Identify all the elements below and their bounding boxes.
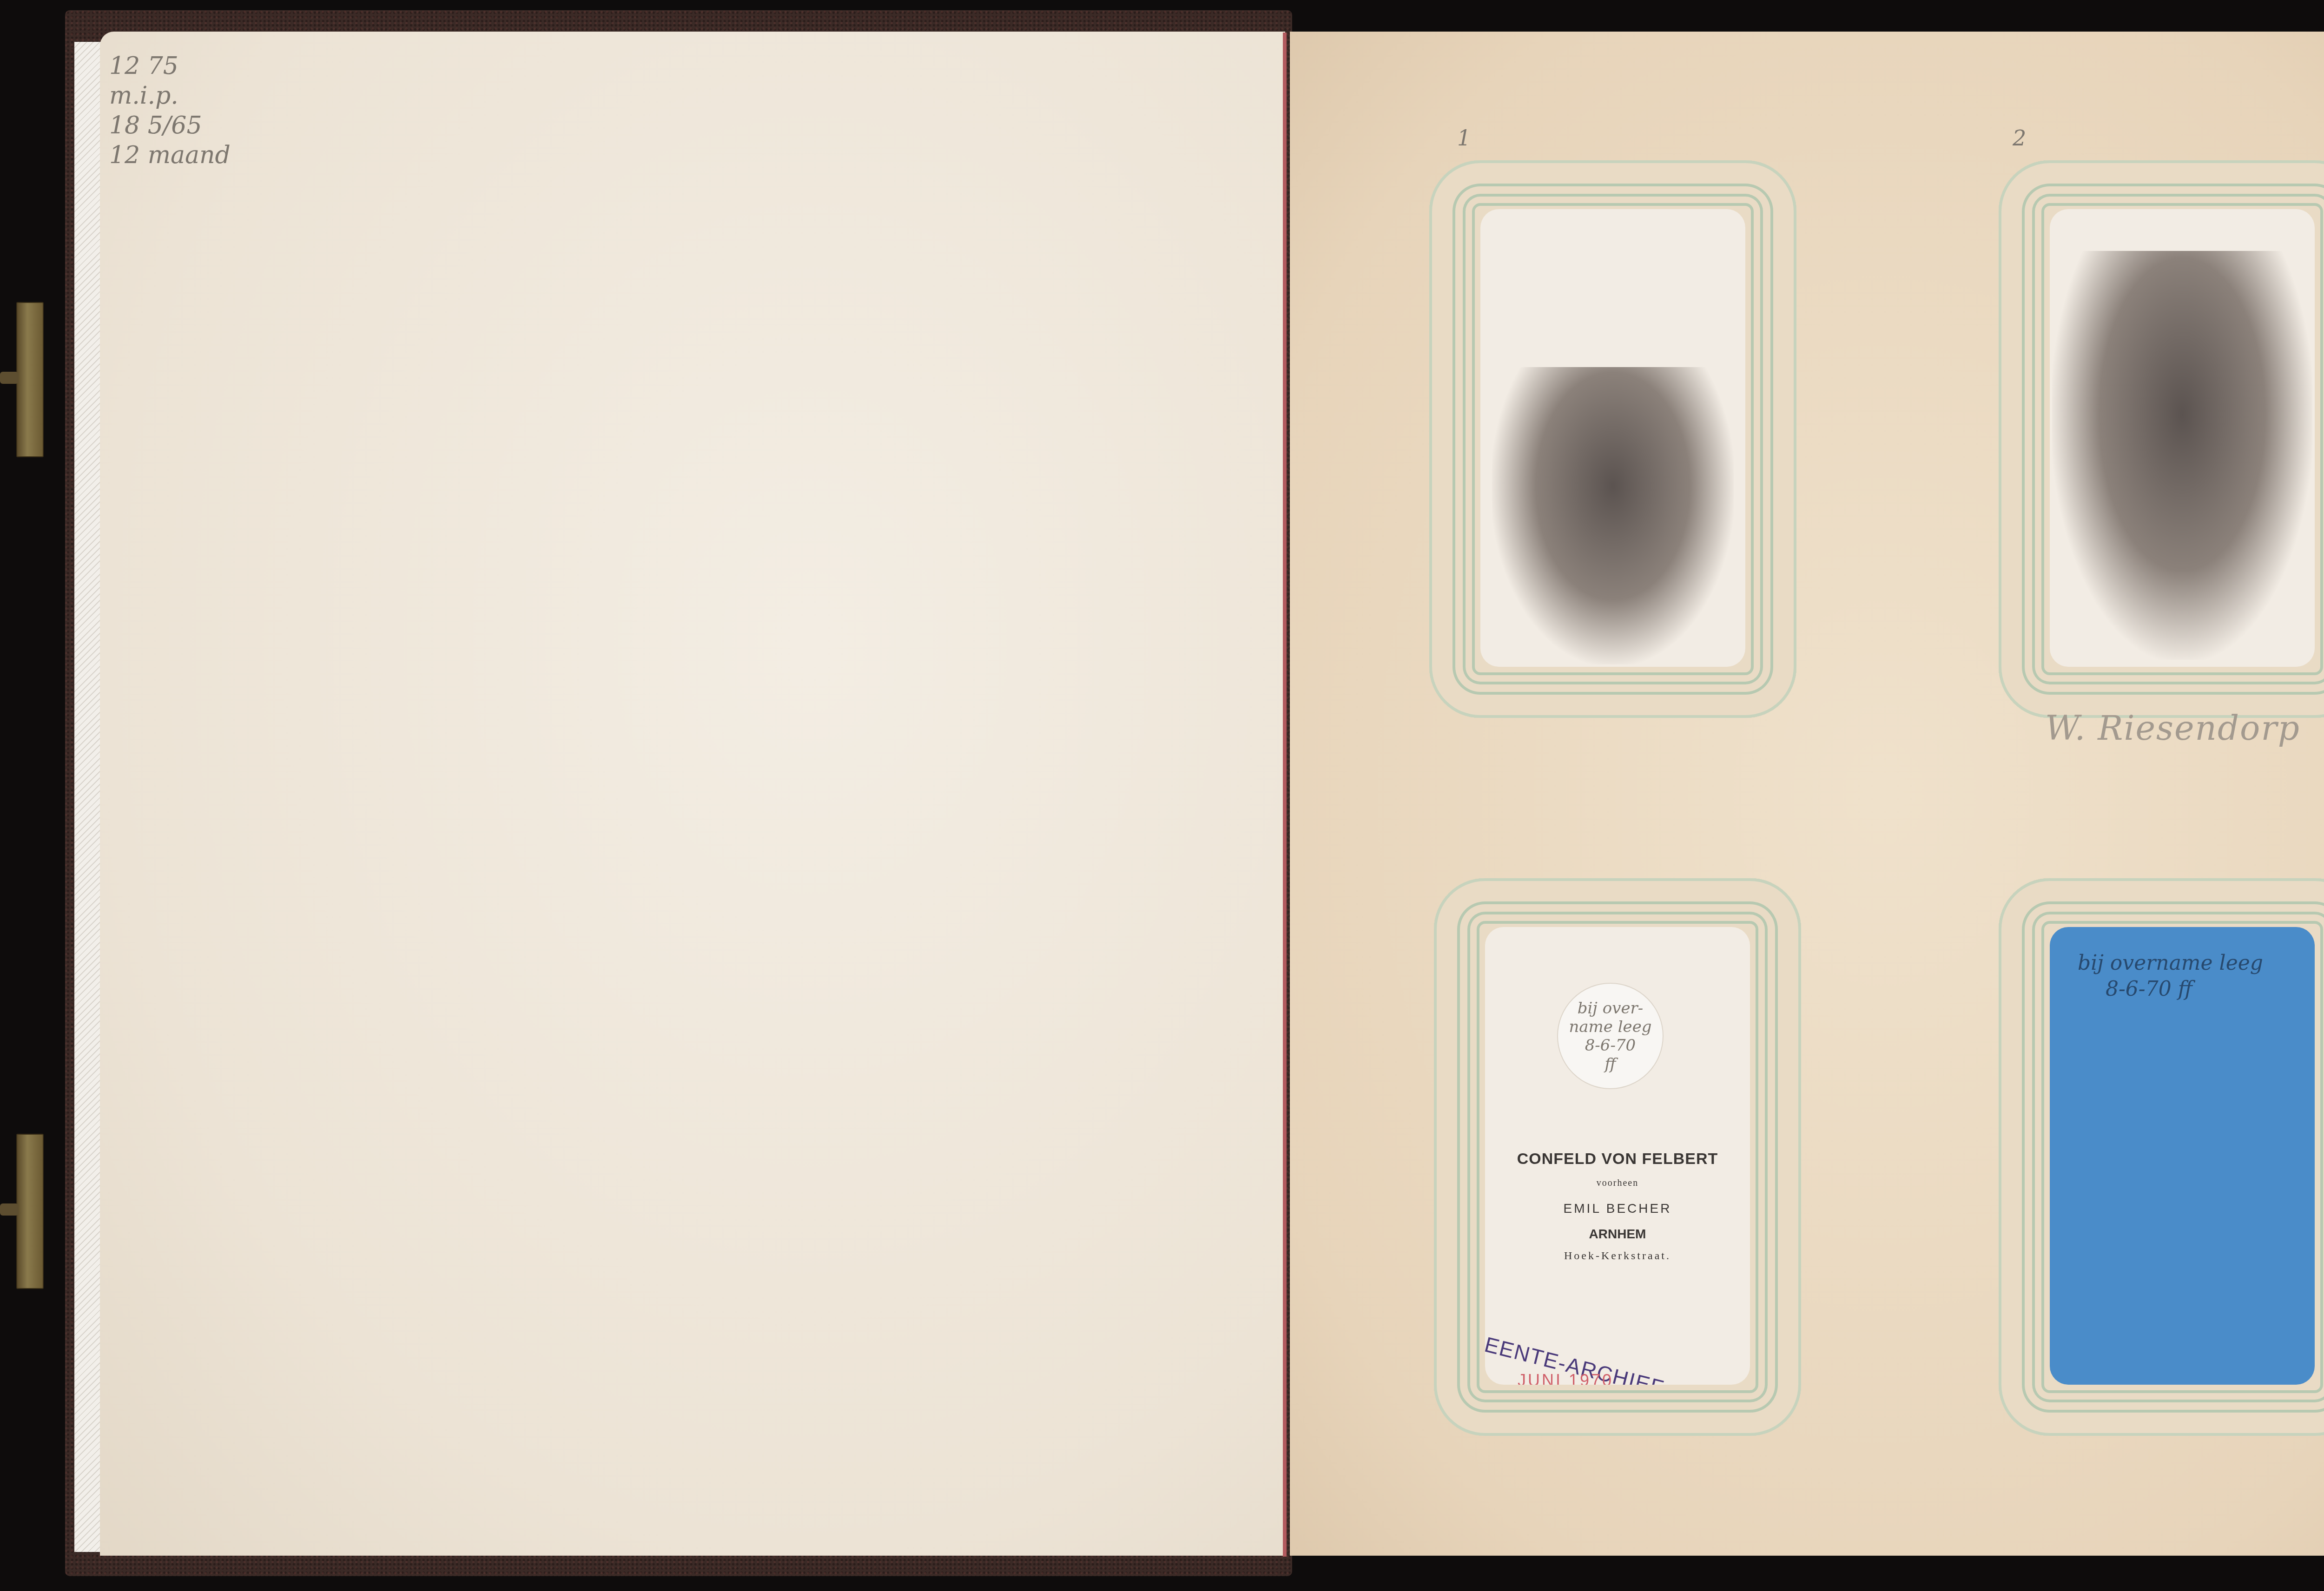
note-date: 18 5/65 — [109, 111, 231, 140]
clasp-bottom[interactable] — [16, 1134, 44, 1289]
studio-name: CONFELD VON FELBERT — [1485, 1150, 1750, 1168]
blue-note-line: bij overname leeg — [2078, 950, 2291, 976]
studio-formerly: voorheen — [1485, 1178, 1750, 1189]
clasp-top-pin — [0, 372, 19, 384]
photo-slot-2[interactable] — [1999, 160, 2324, 718]
left-page — [100, 32, 1285, 1556]
studio-predecessor: EMIL BECHER — [1485, 1201, 1750, 1216]
photo-slot-4[interactable]: bij overname leeg 8-6-70 ff — [1999, 878, 2324, 1436]
slot-number-2: 2 — [2013, 125, 2026, 151]
photo-slot-1[interactable] — [1429, 160, 1796, 718]
left-page-pencil-notes: 12 75 m.i.p. 18 5/65 12 maand — [109, 51, 231, 170]
gutter-line — [1283, 33, 1287, 1557]
label-note-line: name leeg — [1569, 1018, 1651, 1036]
label-note-line: ff — [1604, 1055, 1616, 1073]
photo-slot-3[interactable]: bij over- name leeg 8-6-70 ff CONFELD VO… — [1434, 878, 1801, 1436]
clasp-bottom-pin — [0, 1203, 19, 1216]
note-duration: 12 maand — [109, 140, 231, 170]
blue-placeholder-card[interactable]: bij overname leeg 8-6-70 ff — [2050, 927, 2315, 1385]
archive-stamp-date: JUNI 1970 — [1518, 1371, 1613, 1385]
portrait-card-woman[interactable] — [1480, 209, 1745, 667]
portrait-caption: W. Riesendorp — [2045, 709, 2300, 748]
blue-note-line: 8-6-70 ff — [2078, 976, 2291, 1002]
photographer-card[interactable]: bij over- name leeg 8-6-70 ff CONFELD VO… — [1485, 927, 1750, 1385]
portrait-card-man[interactable] — [2050, 209, 2315, 667]
portrait-image-man — [2052, 251, 2312, 660]
note-abbrev: m.i.p. — [109, 81, 231, 111]
note-inventory-number: 12 75 — [109, 51, 231, 81]
studio-street: Hoek-Kerkstraat. — [1485, 1250, 1750, 1262]
label-sticker: bij over- name leeg 8-6-70 ff — [1557, 983, 1664, 1089]
blue-card-note: bij overname leeg 8-6-70 ff — [2078, 950, 2291, 1002]
slot-number-1: 1 — [1457, 125, 1471, 151]
label-note-line: bij over- — [1578, 999, 1644, 1018]
clasp-top[interactable] — [16, 302, 44, 457]
label-note-line: 8-6-70 — [1585, 1036, 1636, 1055]
studio-city: ARNHEM — [1485, 1227, 1750, 1242]
portrait-image-woman — [1492, 367, 1734, 664]
